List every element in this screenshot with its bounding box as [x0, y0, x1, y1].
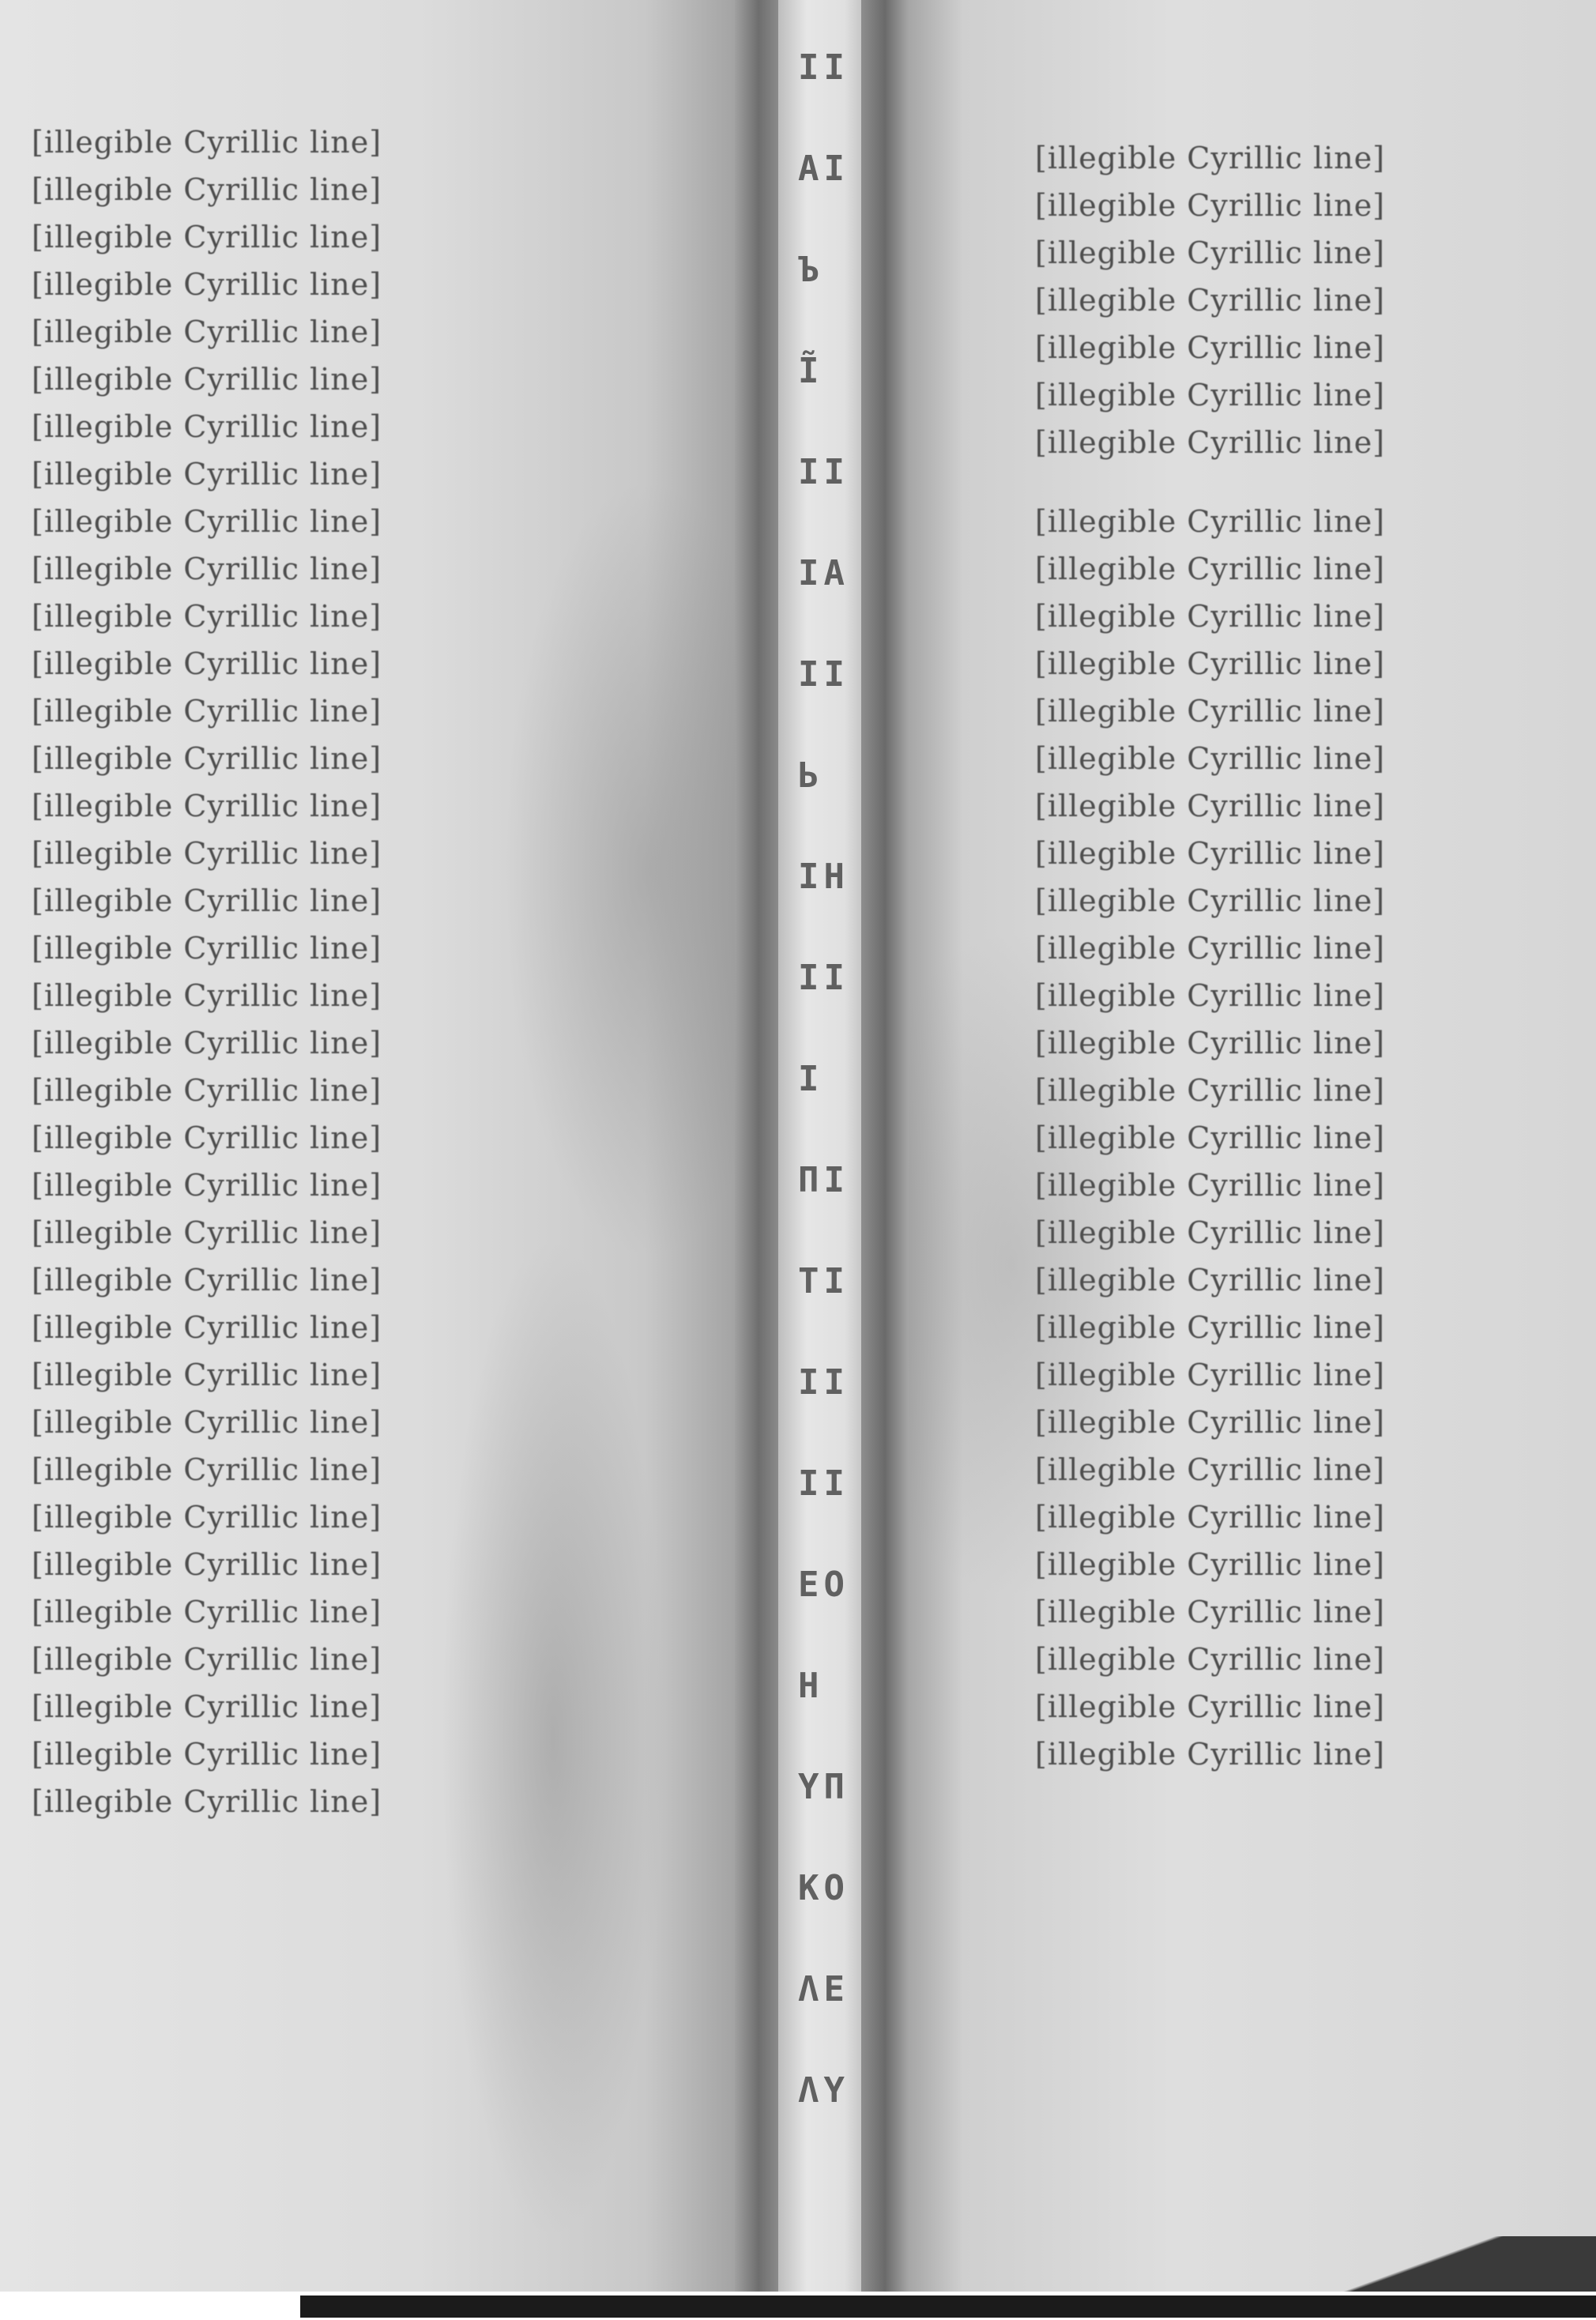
- gutter-fold-left: [735, 0, 782, 2292]
- strip-letter: ΛΥ: [798, 2070, 869, 2111]
- manuscript-text-line: [illegible Cyrillic line]: [32, 1067, 537, 1114]
- manuscript-text-line: [illegible Cyrillic line]: [1035, 1209, 1556, 1256]
- manuscript-text-line: [illegible Cyrillic line]: [32, 782, 537, 830]
- manuscript-text-line: [illegible Cyrillic line]: [32, 1304, 537, 1351]
- strip-letter: ΙΙ: [798, 1362, 869, 1403]
- manuscript-text-line: [illegible Cyrillic line]: [1035, 1162, 1556, 1209]
- manuscript-text-line: [illegible Cyrillic line]: [1035, 182, 1556, 229]
- manuscript-text-line: [illegible Cyrillic line]: [32, 450, 537, 498]
- strip-letter: ΥΠ: [798, 1767, 869, 1807]
- manuscript-text-line: [illegible Cyrillic line]: [1035, 1067, 1556, 1114]
- manuscript-text-line: [illegible Cyrillic line]: [32, 1731, 537, 1778]
- strip-letter: ΙΙ: [798, 1463, 869, 1504]
- manuscript-text-line: [illegible Cyrillic line]: [32, 593, 537, 640]
- manuscript-text-line: [illegible Cyrillic line]: [32, 735, 537, 782]
- strip-letter: ΙΗ: [798, 857, 869, 897]
- strip-letter: ΑΙ: [798, 149, 869, 189]
- manuscript-text-line: [illegible Cyrillic line]: [1035, 1731, 1556, 1778]
- manuscript-text-line: [illegible Cyrillic line]: [32, 1588, 537, 1636]
- strip-letter: ΙΙ: [798, 654, 869, 695]
- strip-letter: ΙΑ: [798, 553, 869, 593]
- strip-letter: Η: [798, 1666, 869, 1706]
- manuscript-text-line: [illegible Cyrillic line]: [32, 166, 537, 213]
- strip-letter: Ĩ: [798, 351, 869, 391]
- manuscript-text-line: [illegible Cyrillic line]: [32, 640, 537, 687]
- manuscript-text-line: [illegible Cyrillic line]: [32, 1541, 537, 1588]
- manuscript-text-line: [illegible Cyrillic line]: [32, 1683, 537, 1731]
- manuscript-text-line: [illegible Cyrillic line]: [32, 119, 537, 166]
- manuscript-text-line: [illegible Cyrillic line]: [1035, 687, 1556, 735]
- strip-letter: Ι: [798, 1059, 869, 1099]
- manuscript-text-line: [illegible Cyrillic line]: [1035, 1399, 1556, 1446]
- manuscript-text-line: [illegible Cyrillic line]: [32, 1636, 537, 1683]
- manuscript-text-line: [illegible Cyrillic line]: [1035, 925, 1556, 972]
- manuscript-text-line: [illegible Cyrillic line]: [32, 1351, 537, 1399]
- manuscript-text-line: [illegible Cyrillic line]: [1035, 972, 1556, 1019]
- strip-letter: II: [798, 452, 869, 492]
- manuscript-text-line: [illegible Cyrillic line]: [1035, 371, 1556, 419]
- manuscript-text-line: [illegible Cyrillic line]: [32, 213, 537, 261]
- manuscript-text-line: [illegible Cyrillic line]: [1035, 1019, 1556, 1067]
- manuscript-text-line: [illegible Cyrillic line]: [1035, 640, 1556, 687]
- manuscript-text-line: [illegible Cyrillic line]: [1035, 877, 1556, 925]
- manuscript-text-line: [illegible Cyrillic line]: [32, 687, 537, 735]
- manuscript-text-line: [illegible Cyrillic line]: [1035, 1446, 1556, 1493]
- manuscript-text-line: [illegible Cyrillic line]: [32, 545, 537, 593]
- manuscript-text-line: [illegible Cyrillic line]: [32, 403, 537, 450]
- strip-letter: ΤΙ: [798, 1261, 869, 1301]
- manuscript-text-line: [illegible Cyrillic line]: [1035, 735, 1556, 782]
- strip-letter: ΛΕ: [798, 1969, 869, 2009]
- scan-edge-bar: [300, 2296, 1596, 2318]
- manuscript-text-line: [illegible Cyrillic line]: [1035, 134, 1556, 182]
- manuscript-text-line: [illegible Cyrillic line]: [1035, 1114, 1556, 1162]
- manuscript-text-line: [illegible Cyrillic line]: [32, 1399, 537, 1446]
- manuscript-text-line: [illegible Cyrillic line]: [32, 1256, 537, 1304]
- manuscript-text-line: [illegible Cyrillic line]: [32, 308, 537, 356]
- strip-letter: Ъ: [798, 250, 869, 290]
- manuscript-text-line: [illegible Cyrillic line]: [32, 972, 537, 1019]
- manuscript-text-line: [illegible Cyrillic line]: [1035, 1256, 1556, 1304]
- manuscript-text-line: [illegible Cyrillic line]: [1035, 782, 1556, 830]
- right-text-column: [illegible Cyrillic line][illegible Cyri…: [1035, 134, 1556, 1778]
- manuscript-text-line: [illegible Cyrillic line]: [32, 1446, 537, 1493]
- manuscript-text-line: [illegible Cyrillic line]: [32, 925, 537, 972]
- manuscript-text-line: [illegible Cyrillic line]: [1035, 419, 1556, 466]
- manuscript-text-line: [illegible Cyrillic line]: [1035, 1683, 1556, 1731]
- manuscript-text-line: [illegible Cyrillic line]: [1035, 593, 1556, 640]
- manuscript-text-line: [illegible Cyrillic line]: [1035, 324, 1556, 371]
- manuscript-text-line: [illegible Cyrillic line]: [32, 830, 537, 877]
- manuscript-text-line: [illegible Cyrillic line]: [1035, 1304, 1556, 1351]
- manuscript-text-line: [illegible Cyrillic line]: [1035, 1636, 1556, 1683]
- manuscript-text-line: [illegible Cyrillic line]: [32, 877, 537, 925]
- strip-letter: II: [798, 47, 869, 88]
- manuscript-text-line: [illegible Cyrillic line]: [32, 1114, 537, 1162]
- strip-letter: ΠΙ: [798, 1160, 869, 1200]
- paragraph-gap: [1035, 466, 1556, 498]
- manuscript-text-line: [illegible Cyrillic line]: [32, 1209, 537, 1256]
- manuscript-text-line: [illegible Cyrillic line]: [32, 1778, 537, 1825]
- manuscript-text-line: [illegible Cyrillic line]: [1035, 498, 1556, 545]
- manuscript-text-line: [illegible Cyrillic line]: [32, 1019, 537, 1067]
- gutter-fold-right: [861, 0, 909, 2292]
- manuscript-text-line: [illegible Cyrillic line]: [1035, 277, 1556, 324]
- strip-letter: ΙΙ: [798, 958, 869, 998]
- manuscript-text-line: [illegible Cyrillic line]: [1035, 1541, 1556, 1588]
- manuscript-text-line: [illegible Cyrillic line]: [1035, 1588, 1556, 1636]
- manuscript-text-line: [illegible Cyrillic line]: [1035, 1493, 1556, 1541]
- manuscript-text-line: [illegible Cyrillic line]: [1035, 1351, 1556, 1399]
- manuscript-text-line: [illegible Cyrillic line]: [1035, 830, 1556, 877]
- manuscript-text-line: [illegible Cyrillic line]: [1035, 229, 1556, 277]
- strip-letter: ΕΟ: [798, 1565, 869, 1605]
- strip-letter: ΚΟ: [798, 1868, 869, 1908]
- manuscript-text-line: [illegible Cyrillic line]: [32, 261, 537, 308]
- manuscript-text-line: [illegible Cyrillic line]: [32, 1162, 537, 1209]
- gutter-inserted-strip: [778, 0, 873, 2292]
- strip-letter: Ь: [798, 755, 869, 796]
- manuscript-text-line: [illegible Cyrillic line]: [32, 1493, 537, 1541]
- manuscript-text-line: [illegible Cyrillic line]: [32, 498, 537, 545]
- manuscript-text-line: [illegible Cyrillic line]: [32, 356, 537, 403]
- left-text-column: [illegible Cyrillic line][illegible Cyri…: [32, 119, 537, 1825]
- page-corner-shadow: [1312, 2236, 1596, 2299]
- manuscript-text-line: [illegible Cyrillic line]: [1035, 545, 1556, 593]
